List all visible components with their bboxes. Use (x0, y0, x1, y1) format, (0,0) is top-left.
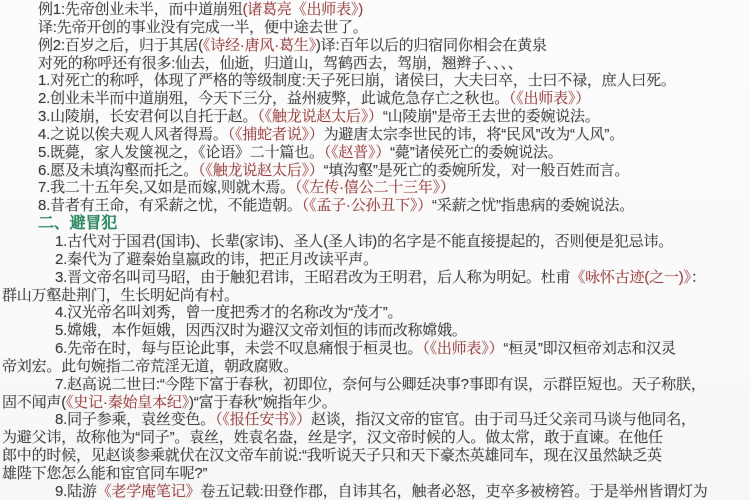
text-line: 帝刘宏。此句婉指二帝荒淫无道，朝政腐败。 (0, 358, 750, 376)
text-line: 8.昔者有王命，有采薪之忧，不能造朝。（《孟子·公孙丑下》）“采薪之忧”指患病的… (0, 197, 750, 215)
body-text: 2.秦代为了避秦始皇嬴政的讳，把正月改读平声。 (55, 251, 378, 268)
text-line: 2.秦代为了避秦始皇嬴政的讳，把正月改读平声。 (0, 251, 750, 269)
body-text: 7.赵高说二世曰:“今陛下富于春秋，初即位，奈何与公卿廷决事?事即有误，示群臣短… (55, 376, 706, 393)
body-text: 雄陛下您怎么能和宦官同车呢?” (2, 465, 207, 482)
text-line: 对死的称呼还有很多:仙去，仙逝，归道山，驾鹤西去，驾崩，翘辫子、、、、 (0, 55, 750, 73)
body-text: 例1:先帝创业未半，而中道崩殂 (38, 1, 243, 18)
body-text: “采薪之忧”指患病的委婉说法。 (432, 197, 634, 214)
text-line: 2.创业未半而中道崩殂，今天下三分，益州疲弊，此诚危急存亡之秋也。（《出师表》） (0, 90, 750, 108)
citation-text: （《触龙说赵太后》） (257, 108, 383, 125)
body-text: 5.既薨，家人发箧视之，《论语》二十篇也。 (38, 144, 324, 161)
text-line: 1.古代对于国君(国讳)、长辈(家讳)、圣人(圣人讳)的名字是不能直接提起的，否… (0, 233, 750, 251)
citation-text: （《赵普》） (324, 144, 390, 161)
text-line: 例2:百岁之后，归于其居(《诗经·唐风·葛生》)译:百年以后的归宿同你相会在黄泉 (0, 37, 750, 55)
body-text: ： (691, 269, 706, 286)
body-text: 卷五记载:田登作郡，自讳其名，触者必怒，吏卒多被榜笞。于是举州皆谓灯为 (200, 483, 707, 500)
body-text: 1.对死亡的称呼，体现了严格的等级制度:天子死曰崩，诸侯曰，大夫曰卒，士曰不禄，… (38, 72, 676, 89)
body-text: 译:先帝开创的事业没有完成一半，便中途去世了。 (38, 19, 368, 36)
text-line: 固不闻声(《史记·秦始皇本纪》)“富于春秋”婉指年少。 (0, 394, 750, 412)
body-text: 为避唐太宗李世民的讳，将“民风”改为“人风”。 (324, 126, 624, 143)
body-text: 6.先帝在时，每与臣论此事，未尝不叹息痛恨于桓灵也。 (55, 340, 422, 357)
body-text: 为避父讳，故称他为“同子”。袁丝，姓袁名盎，丝是字，汉文帝时候的人。做太常，敢于… (2, 429, 663, 446)
citation-text: （《出师表》） (422, 340, 503, 357)
body-text: 4.汉光帝名叫刘秀，曾一度把秀才的名称改为“茂才”。 (55, 304, 402, 321)
body-text: 9.陆游 (55, 483, 97, 500)
body-text: 1.古代对于国君(国讳)、长辈(家讳)、圣人(圣人讳)的名字是不能直接提起的，否… (55, 233, 673, 250)
citation-text: 《史记·秦始皇本纪》 (66, 394, 189, 411)
citation-text: （《触龙说赵太后》） (198, 162, 324, 179)
body-text: 赵谈，指汉文帝的宦官。由于司马迁父亲司马谈与他同名， (311, 411, 696, 428)
text-line: 4.之说以俟夫观人风者得焉。（《捕蛇者说》）为避唐太宗李世民的讳，将“民风”改为… (0, 126, 750, 144)
body-text: 固不闻声( (2, 394, 66, 411)
citation-text: （《出师表》） (509, 90, 590, 107)
citation-text: （《捕蛇者说》） (228, 126, 324, 143)
text-line: 1.对死亡的称呼，体现了严格的等级制度:天子死曰崩，诸侯曰，大夫曰卒，士曰不禄，… (0, 72, 750, 90)
text-line: 4.汉光帝名叫刘秀，曾一度把秀才的名称改为“茂才”。 (0, 304, 750, 322)
body-text: 2.创业未半而中道崩殂，今天下三分，益州疲弊，此诚危急存亡之秋也。 (38, 90, 509, 107)
text-line: 3.山陵崩，长安君何以自托于赵。（《触龙说赵太后》）“山陵崩”是帝王去世的委婉说… (0, 108, 750, 126)
text-line: 为避父讳，故称他为“同子”。袁丝，姓袁名盎，丝是字，汉文帝时候的人。做太常，敢于… (0, 429, 750, 447)
body-text: “山陵崩”是帝王去世的委婉说法。 (383, 108, 600, 125)
citation-text: （《左传·僖公二十三年》） (295, 179, 455, 196)
text-line: 群山万壑赴荆门，生长明妃尚有村。 (0, 287, 750, 305)
text-line: 3.晋文帝名叫司马昭，由于触犯君讳，王昭君改为王明君，后人称为明妃。杜甫《咏怀古… (0, 269, 750, 287)
text-line: 6.先帝在时，每与臣论此事，未尝不叹息痛恨于桓灵也。（《出师表》）“桓灵”即汉桓… (0, 340, 750, 358)
text-line: 8.同子参乘，袁丝变色。（《报任安书》）赵谈，指汉文帝的宦官。由于司马迁父亲司马… (0, 411, 750, 429)
body-text: 8.同子参乘，袁丝变色。 (55, 411, 215, 428)
text-line: 雄陛下您怎么能和宦官同车呢?” (0, 465, 750, 483)
body-text: 3.山陵崩，长安君何以自托于赵。 (38, 108, 257, 125)
citation-text: 《咏怀古迹(之一)》 (570, 269, 691, 286)
body-text: 7.我二十五年矣,又如是而嫁,则就木焉。 (38, 179, 295, 196)
body-text: “薨”诸侯死亡的委婉说法。 (390, 144, 562, 161)
citation-text: （《孟子·公孙丑下》） (302, 197, 432, 214)
body-text: )“富于春秋”婉指年少。 (189, 394, 337, 411)
body-text: 郎中的时候，见赵谈参乘就伏在汉文帝车前说:“我听说天子只和天下豪杰英雄同车，现在… (2, 447, 662, 464)
section-header: 二、避冒犯 (0, 215, 750, 233)
text-line: 6.愿及未填沟壑而托之。（《触龙说赵太后》）“填沟壑”是死亡的委婉所发，对一般百… (0, 162, 750, 180)
citation-text: （《报任安书》） (215, 411, 311, 428)
body-text: 二、避冒犯 (38, 215, 117, 232)
document-page: 例1:先帝创业未半，而中道崩殂(诸葛亮《出师表》)译:先帝开创的事业没有完成一半… (0, 0, 750, 500)
body-text: “桓灵”即汉桓帝刘志和汉灵 (503, 340, 675, 357)
citation-text: 《老学庵笔记》 (97, 483, 201, 500)
text-line: 例1:先帝创业未半，而中道崩殂(诸葛亮《出师表》) (0, 1, 750, 19)
text-line: 郎中的时候，见赵谈参乘就伏在汉文帝车前说:“我听说天子只和天下豪杰英雄同车，现在… (0, 447, 750, 465)
body-text: 帝刘宏。此句婉指二帝荒淫无道，朝政腐败。 (2, 358, 298, 375)
text-line: 5.既薨，家人发箧视之，《论语》二十篇也。（《赵普》）“薨”诸侯死亡的委婉说法。 (0, 144, 750, 162)
text-line: 7.赵高说二世曰:“今陛下富于春秋，初即位，奈何与公卿廷决事?事即有误，示群臣短… (0, 376, 750, 394)
text-line: 9.陆游《老学庵笔记》卷五记载:田登作郡，自讳其名，触者必怒，吏卒多被榜笞。于是… (0, 483, 750, 500)
body-text: 6.愿及未填沟壑而托之。 (38, 162, 198, 179)
body-text: )译:百年以后的归宿同你相会在黄泉 (316, 37, 547, 54)
body-text: 8.昔者有王命，有采薪之忧，不能造朝。 (38, 197, 302, 214)
body-text: 4.之说以俟夫观人风者得焉。 (38, 126, 228, 143)
body-text: “填沟壑”是死亡的委婉所发，对一般百姓而言。 (324, 162, 630, 179)
body-text: 群山万壑赴荆门，生长明妃尚有村。 (2, 287, 239, 304)
body-text: 对死的称呼还有很多:仙去，仙逝，归道山，驾鹤西去，驾崩，翘辫子、、、、 (38, 55, 523, 72)
citation-text: 《诗经·唐风·葛生》 (203, 37, 316, 54)
body-text: 5.嫦娥，本作姮娥，因西汉时为避汉文帝刘恒的讳而改称嫦娥。 (55, 322, 467, 339)
body-text: 例2:百岁之后，归于其居( (38, 37, 203, 54)
citation-text: (诸葛亮《出师表》) (243, 1, 364, 18)
text-line: 译:先帝开创的事业没有完成一半，便中途去世了。 (0, 19, 750, 37)
body-text: 3.晋文帝名叫司马昭，由于触犯君讳，王昭君改为王明君，后人称为明妃。杜甫 (55, 269, 570, 286)
text-line: 5.嫦娥，本作姮娥，因西汉时为避汉文帝刘恒的讳而改称嫦娥。 (0, 322, 750, 340)
text-line: 7.我二十五年矣,又如是而嫁,则就木焉。（《左传·僖公二十三年》） (0, 179, 750, 197)
